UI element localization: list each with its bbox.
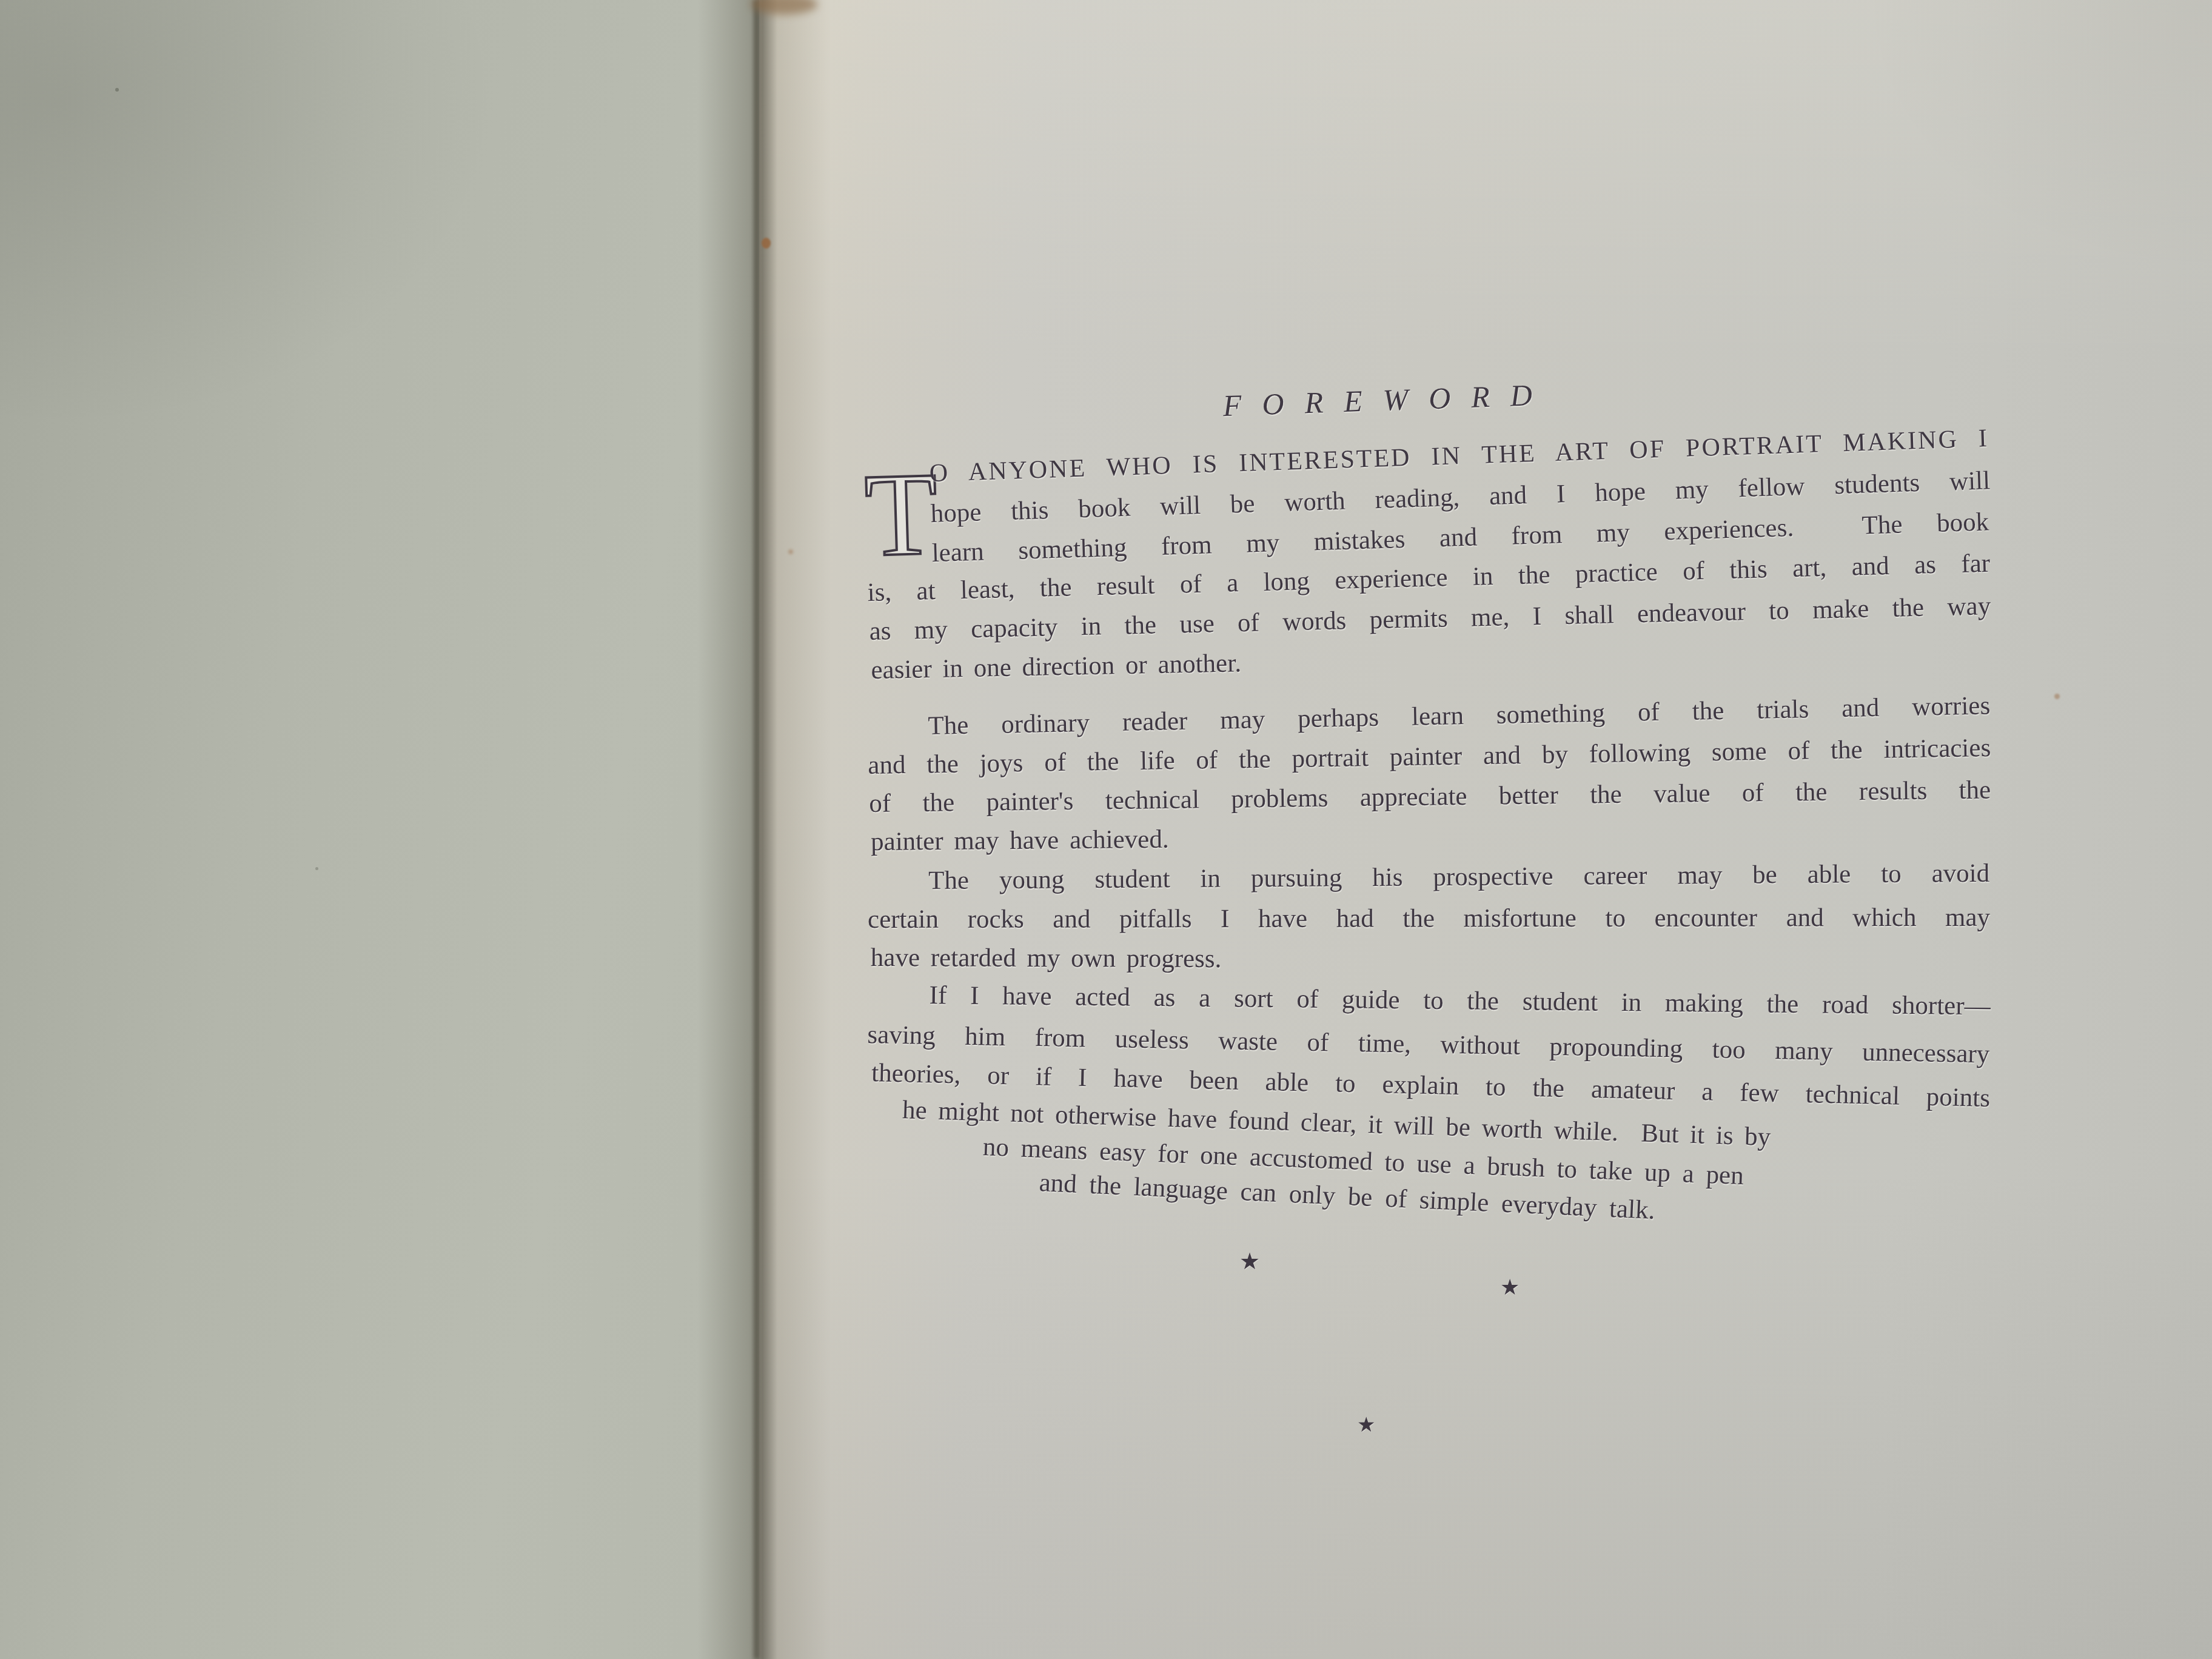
stain-spot	[788, 549, 793, 554]
paper-speck	[115, 88, 119, 92]
stain-spot	[762, 238, 771, 249]
gutter-shadow	[697, 0, 831, 1659]
body-line: have retarded my own progress.	[871, 942, 1222, 975]
stain-spot	[2054, 694, 2060, 699]
left-page	[0, 0, 759, 1659]
ornament-star: ★	[1357, 1413, 1375, 1437]
paper-speck	[315, 867, 318, 870]
gutter-crease	[754, 0, 759, 1659]
ornament-star: ★	[1239, 1248, 1260, 1275]
ornament-star: ★	[1500, 1275, 1520, 1300]
book-photo: FOREWORD T O ANYONE WHO IS INTERESTED IN…	[0, 0, 2212, 1659]
drop-cap: T	[863, 463, 939, 566]
body-line: certain rocks and pitfalls I have had th…	[868, 902, 1990, 936]
body-line: painter may have achieved.	[871, 824, 1169, 858]
